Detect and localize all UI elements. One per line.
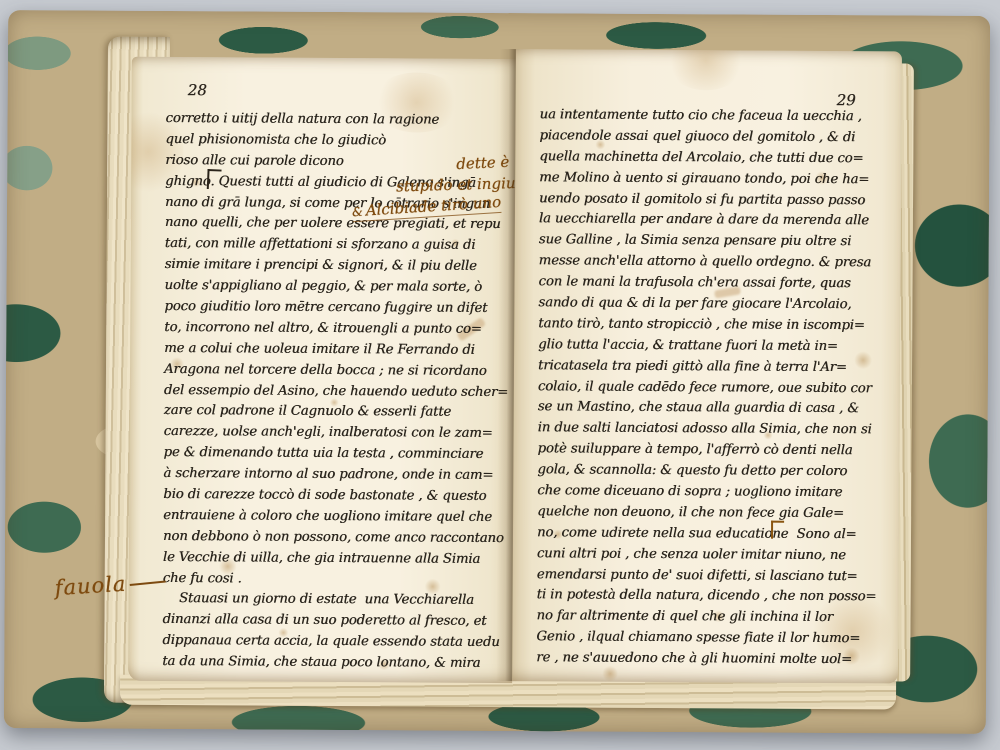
text-line: messe anch'ella attorno à quello ordegno…	[539, 251, 883, 274]
page-28: 28 corretto i uitij della natura con la …	[128, 57, 516, 683]
text-line: poco giuditio loro mētre cercano fuggire…	[164, 297, 500, 320]
text-line: simie imitare i prencipi & signori, & il…	[165, 255, 501, 278]
text-line: cuni altri poi , che senza uoler imitar …	[537, 544, 881, 567]
text-line: ti in potestà della natura, dicendo , ch…	[537, 586, 881, 609]
photo-background: 28 corretto i uitij della natura con la …	[0, 0, 1000, 750]
text-line: no, come udirete nella sua educatione So…	[537, 523, 881, 546]
text-line: uolte s'appigliano al peggio, & per mala…	[164, 276, 500, 299]
text-line: to, incorrono nel altro, & itrouengli a …	[164, 318, 500, 341]
text-line: quelche non deuono, il che non fece gia …	[537, 502, 881, 525]
insertion-mark-icon: &	[351, 205, 363, 220]
text-line: glio tutta l'accia, & trattane fuori la …	[538, 335, 882, 358]
text-line: me Molino à uento si girauano tondo, poi…	[539, 168, 883, 191]
text-line: uendo posato il gomitolo si fu partita p…	[539, 189, 883, 212]
text-line: che come diceuano di sopra ; uogliono im…	[537, 481, 881, 504]
page-number-28: 28	[188, 81, 207, 99]
text-line: no far altrimente di quel che gli inchin…	[536, 607, 880, 630]
text-line: tanto tirò, tanto stropicciò , che mise …	[538, 314, 882, 337]
text-line: carezze, uolse anch'egli, inalberatosi c…	[164, 422, 500, 445]
text-line: piacendole assai quel giuoco del gomitol…	[539, 126, 883, 149]
text-line: potè suiluppare à tempo, l'afferrò cò de…	[537, 439, 881, 462]
text-line: che fu cosi .	[163, 569, 499, 592]
text-line: ua intentamente tutto cio che faceua la …	[540, 105, 884, 128]
text-line: in due salti lanciatosi adosso alla Simi…	[538, 419, 882, 442]
text-line: del essempio del Asino, che hauendo uedu…	[164, 381, 500, 404]
paragraph-bracket-mark-icon	[207, 169, 222, 190]
text-line: sando di qua & di la per fare giocare l'…	[538, 293, 882, 316]
text-line: pe & dimenando tutta uia la testa , comm…	[163, 443, 499, 466]
text-line: nano quelli, che per uolere essere pregi…	[165, 213, 501, 236]
text-line: le Vecchie di uilla, che gia intrauenne …	[163, 548, 499, 571]
text-line: gola, & scannolla: & questo fu detto per…	[537, 460, 881, 483]
text-line: quel phisionomista che lo giudicò	[165, 130, 501, 153]
page-29: 29 ua intentamente tutto cio che faceua …	[512, 49, 902, 683]
text-line: entrauiene à coloro che uogliono imitare…	[163, 506, 499, 529]
text-line: zare col padrone il Cagnuolo & esserli f…	[164, 401, 500, 424]
text-line: me a colui che uoleua imitare il Re Ferr…	[164, 339, 500, 362]
text-line: emendarsi punto de' suoi difetti, si las…	[537, 565, 881, 588]
text-line: dippanaua certa accia, la quale essendo …	[162, 631, 498, 654]
book: 28 corretto i uitij della natura con la …	[4, 10, 990, 734]
text-line: non debbono ò non possono, come anco rac…	[163, 527, 499, 550]
text-line: quella machinetta del Arcolaio, che tutt…	[539, 147, 883, 170]
text-line: ta da una Simia, che staua poco lontano,…	[162, 652, 498, 675]
paper-stain	[666, 49, 746, 90]
handwritten-bracket-mark-icon	[771, 521, 784, 539]
text-line: re , ne s'auuedono che à gli huomini mol…	[536, 648, 880, 671]
text-line: se un Mastino, che staua alla guardia di…	[538, 398, 882, 421]
text-line: Genio , ilqual chiamano spesse fiate il …	[536, 628, 880, 651]
text-line: sue Galline , la Simia senza pensare piu…	[539, 231, 883, 254]
text-line: Stauasi un giorno di estate una Vecchiar…	[163, 589, 499, 612]
text-line: la uecchiarella per andare à dare da mer…	[539, 210, 883, 233]
text-line: colaio, il quale cadēdo fece rumore, oue…	[538, 377, 882, 400]
text-line: Aragona nel torcere della bocca ; ne si …	[164, 360, 500, 383]
text-line: tricatasela tra piedi gittò alla fine à …	[538, 356, 882, 379]
printed-text-column-29: ua intentamente tutto cio che faceua la …	[536, 105, 883, 671]
text-line: con le mani la trafusola ch'era assai fo…	[538, 272, 882, 295]
text-line: à scherzare intorno al suo padrone, onde…	[163, 464, 499, 487]
text-line: dinanzi alla casa di un suo poderetto al…	[162, 610, 498, 633]
text-line: tati, con mille affettationi si sforzano…	[165, 234, 501, 257]
text-line: bio di carezze toccò di sode bastonate ,…	[163, 485, 499, 508]
text-line: corretto i uitij della natura con la rag…	[165, 109, 501, 132]
